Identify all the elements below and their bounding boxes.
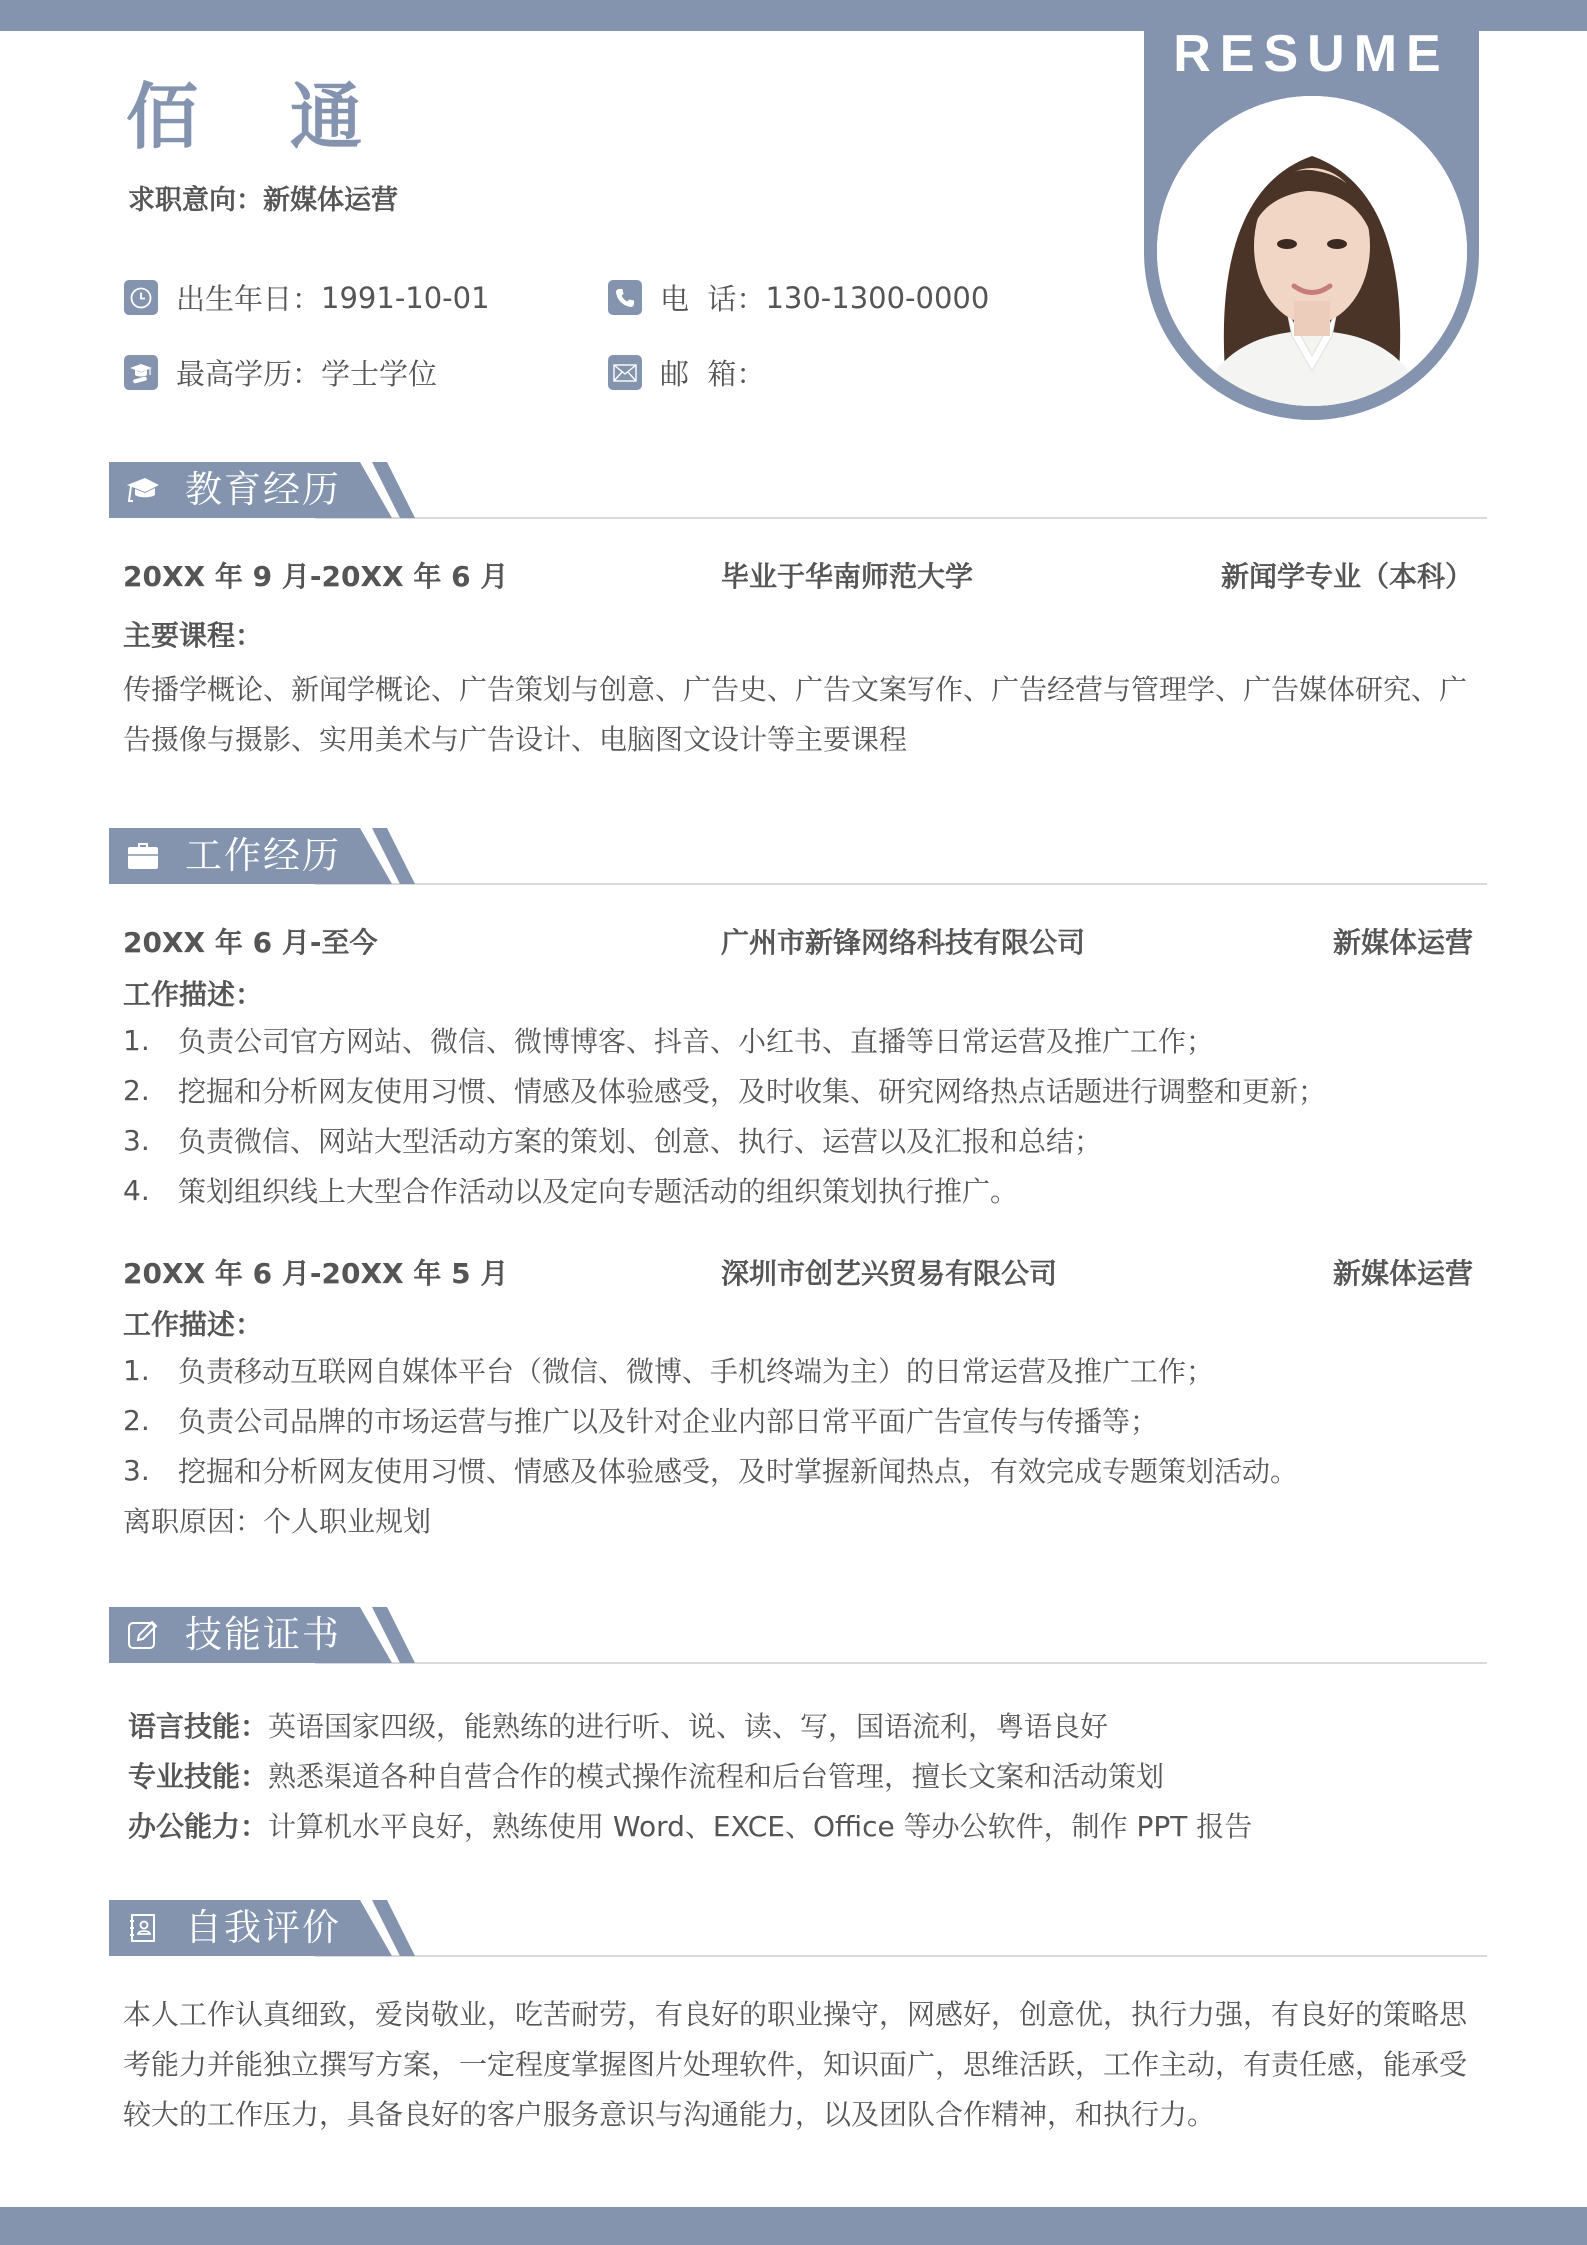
mail-icon: [608, 355, 642, 390]
list-text: 挖掘和分析网友使用习惯、情感及体验感受，及时掌握新闻热点，有效完成专题策划活动。: [178, 1450, 1298, 1490]
section-title-work: 工作经历: [185, 833, 341, 879]
list-item: 1.负责移动互联网自媒体平台（微信、微博、手机终端为主）的日常运营及推广工作；: [123, 1345, 1483, 1395]
clock-icon: [124, 280, 158, 315]
job-intent-value: 新媒体运营: [263, 185, 398, 216]
education-period: 20XX 年 9 月-20XX 年 6 月: [123, 555, 508, 595]
list-number: 1.: [123, 1024, 178, 1057]
job-1-position: 新媒体运营: [1333, 921, 1473, 961]
list-text: 负责公司品牌的市场运营与推广以及针对企业内部日常平面广告宣传与传播等；: [178, 1400, 1158, 1440]
list-item: 3.负责微信、网站大型活动方案的策划、创意、执行、运营以及汇报和总结；: [123, 1115, 1483, 1165]
job-2-position: 新媒体运营: [1333, 1252, 1473, 1292]
section-title-education: 教育经历: [185, 467, 341, 513]
skill-label: 办公能力：: [128, 1810, 268, 1843]
edit-icon: [125, 1618, 161, 1652]
info-email: 邮 箱：: [608, 352, 765, 393]
briefcase-icon: [125, 839, 161, 873]
job-1-period: 20XX 年 6 月-至今: [123, 921, 378, 961]
job-intent: 求职意向：新媒体运营: [128, 178, 398, 217]
contact-book-icon: [125, 1911, 161, 1945]
info-birthdate: 出生年日：1991-10-01: [124, 277, 490, 318]
bottom-accent-bar: [0, 2207, 1587, 2245]
phone-label: 电 话：: [660, 277, 765, 318]
job-2-period: 20XX 年 6 月-20XX 年 5 月: [123, 1252, 508, 1292]
list-number: 4.: [123, 1174, 178, 1207]
education-school: 毕业于华南师范大学: [721, 555, 973, 595]
education-level-label: 最高学历：: [176, 352, 321, 393]
skill-text: 计算机水平良好，熟练使用 Word、EXCE、Office 等办公软件，制作 P…: [268, 1810, 1252, 1843]
skill-professional: 专业技能：熟悉渠道各种自营合作的模式操作流程和后台管理，擅长文案和活动策划: [128, 1755, 1164, 1795]
list-number: 3.: [123, 1124, 178, 1157]
section-title-self-eval: 自我评价: [185, 1905, 341, 1951]
education-level-value: 学士学位: [321, 352, 437, 393]
job-1-row: 20XX 年 6 月-至今 广州市新锋网络科技有限公司 新媒体运营: [123, 921, 1473, 957]
education-major: 新闻学专业（本科）: [1221, 555, 1473, 595]
job-1-company: 广州市新锋网络科技有限公司: [721, 921, 1085, 961]
skill-text: 熟悉渠道各种自营合作的模式操作流程和后台管理，擅长文案和活动策划: [268, 1760, 1164, 1793]
skill-label: 语言技能：: [128, 1710, 268, 1743]
skill-text: 英语国家四级，能熟练的进行听、说、读、写，国语流利，粤语良好: [268, 1710, 1108, 1743]
job-1-desc-label: 工作描述：: [123, 973, 263, 1013]
section-header-skills: 技能证书: [109, 1607, 1487, 1663]
birthdate-label: 出生年日：: [176, 277, 321, 318]
resume-badge-text: RESUME: [1144, 24, 1479, 84]
skill-language: 语言技能：英语国家四级，能熟练的进行听、说、读、写，国语流利，粤语良好: [128, 1705, 1108, 1745]
job-intent-label: 求职意向：: [128, 185, 263, 216]
skill-label: 专业技能：: [128, 1760, 268, 1793]
list-item: 3.挖掘和分析网友使用习惯、情感及体验感受，及时掌握新闻热点，有效完成专题策划活…: [123, 1445, 1483, 1495]
leave-reason: 离职原因：个人职业规划: [123, 1495, 1483, 1545]
job-1-duties: 1.负责公司官方网站、微信、微博博客、抖音、小红书、直播等日常运营及推广工作； …: [123, 1015, 1483, 1215]
section-header-education: 教育经历: [109, 462, 1487, 518]
list-item: 1.负责公司官方网站、微信、微博博客、抖音、小红书、直播等日常运营及推广工作；: [123, 1015, 1483, 1065]
graduation-cap-icon: [125, 473, 161, 507]
list-text: 负责微信、网站大型活动方案的策划、创意、执行、运营以及汇报和总结；: [178, 1120, 1102, 1160]
name-char-2: 通: [290, 75, 454, 159]
email-label: 邮 箱：: [660, 352, 765, 393]
profile-photo: [1157, 96, 1467, 406]
self-eval-text: 本人工作认真细致，爱岗敬业，吃苦耐劳，有良好的职业操守，网感好，创意优，执行力强…: [123, 1990, 1483, 2140]
section-divider: [315, 883, 1487, 885]
list-item: 4.策划组织线上大型合作活动以及定向专题活动的组织策划执行推广。: [123, 1165, 1483, 1215]
section-divider: [315, 517, 1487, 519]
birthdate-value: 1991-10-01: [321, 281, 490, 315]
courses-label: 主要课程：: [123, 614, 263, 654]
list-item: 2.负责公司品牌的市场运营与推广以及针对企业内部日常平面广告宣传与传播等；: [123, 1395, 1483, 1445]
courses-text: 传播学概论、新闻学概论、广告策划与创意、广告史、广告文案写作、广告经营与管理学、…: [123, 665, 1483, 765]
list-text: 挖掘和分析网友使用习惯、情感及体验感受，及时收集、研究网络热点话题进行调整和更新…: [178, 1070, 1326, 1110]
skill-office: 办公能力：计算机水平良好，熟练使用 Word、EXCE、Office 等办公软件…: [128, 1805, 1252, 1845]
list-number: 1.: [123, 1354, 178, 1387]
section-header-work: 工作经历: [109, 828, 1487, 884]
list-item: 2.挖掘和分析网友使用习惯、情感及体验感受，及时收集、研究网络热点话题进行调整和…: [123, 1065, 1483, 1115]
name-char-1: 佰: [126, 75, 290, 159]
list-text: 负责移动互联网自媒体平台（微信、微博、手机终端为主）的日常运营及推广工作；: [178, 1350, 1214, 1390]
phone-value: 130-1300-0000: [765, 281, 989, 315]
section-divider: [315, 1662, 1487, 1664]
list-text: 策划组织线上大型合作活动以及定向专题活动的组织策划执行推广。: [178, 1170, 1018, 1210]
section-header-self-eval: 自我评价: [109, 1900, 1487, 1956]
job-2-row: 20XX 年 6 月-20XX 年 5 月 深圳市创艺兴贸易有限公司 新媒体运营: [123, 1252, 1473, 1288]
phone-icon: [608, 280, 642, 315]
portrait-illustration-icon: [1157, 96, 1467, 406]
info-education-level: 最高学历：学士学位: [124, 352, 437, 393]
education-row: 20XX 年 9 月-20XX 年 6 月 毕业于华南师范大学 新闻学专业（本科…: [123, 555, 1473, 591]
job-2-desc-label: 工作描述：: [123, 1303, 263, 1343]
section-title-skills: 技能证书: [185, 1612, 341, 1658]
info-phone: 电 话：130-1300-0000: [608, 277, 989, 318]
list-number: 2.: [123, 1074, 178, 1107]
graduation-icon: [124, 355, 158, 390]
job-2-duties: 1.负责移动互联网自媒体平台（微信、微博、手机终端为主）的日常运营及推广工作； …: [123, 1345, 1483, 1545]
list-number: 2.: [123, 1404, 178, 1437]
section-divider: [315, 1955, 1487, 1957]
candidate-name: 佰通: [126, 72, 454, 162]
job-2-company: 深圳市创艺兴贸易有限公司: [721, 1252, 1057, 1292]
list-text: 负责公司官方网站、微信、微博博客、抖音、小红书、直播等日常运营及推广工作；: [178, 1020, 1214, 1060]
leave-reason-text: 离职原因：个人职业规划: [123, 1500, 431, 1540]
list-number: 3.: [123, 1454, 178, 1487]
